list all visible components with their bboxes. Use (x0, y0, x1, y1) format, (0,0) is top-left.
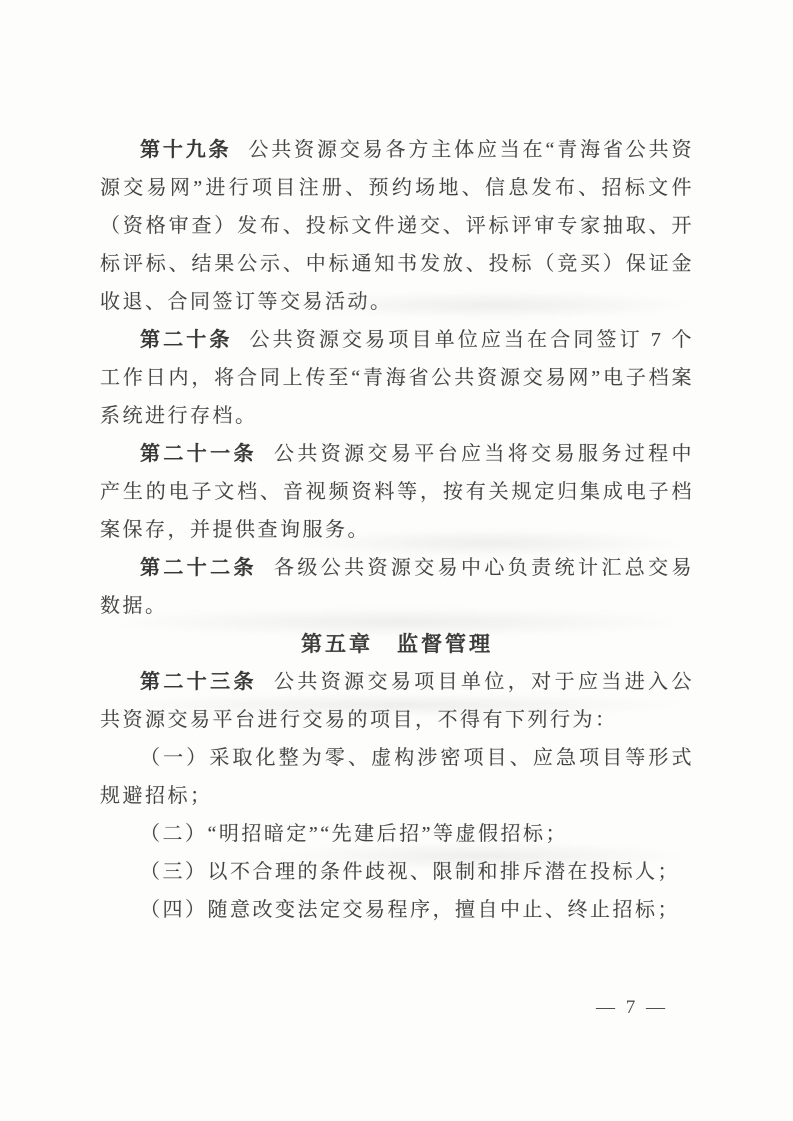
chapter-heading: 第五章 监督管理 (100, 625, 694, 663)
article-19-text: 公共资源交易各方主体应当在“青海省公共资源交易网”进行项目注册、预约场地、信息发… (100, 139, 694, 313)
document-body: 第十九条公共资源交易各方主体应当在“青海省公共资源交易网”进行项目注册、预约场地… (100, 131, 694, 929)
article-20: 第二十条公共资源交易项目单位应当在合同签订 7 个工作日内，将合同上传至“青海省… (100, 321, 694, 435)
document-page: 第十九条公共资源交易各方主体应当在“青海省公共资源交易网”进行项目注册、预约场地… (0, 0, 793, 1121)
list-item-4: （四）随意改变法定交易程序，擅自中止、终止招标； (100, 891, 694, 929)
article-23: 第二十三条公共资源交易项目单位，对于应当进入公共资源交易平台进行交易的项目，不得… (100, 663, 694, 739)
article-19-number: 第十九条 (140, 139, 231, 161)
article-20-number: 第二十条 (140, 329, 233, 351)
list-item-3: （三）以不合理的条件歧视、限制和排斥潜在投标人； (100, 853, 694, 891)
article-21: 第二十一条公共资源交易平台应当将交易服务过程中产生的电子文档、音视频资料等，按有… (100, 435, 694, 549)
list-item-2: （二）“明招暗定”“先建后招”等虚假招标； (100, 815, 694, 853)
article-22: 第二十二条各级公共资源交易中心负责统计汇总交易数据。 (100, 549, 694, 625)
article-23-number: 第二十三条 (140, 671, 257, 693)
article-19: 第十九条公共资源交易各方主体应当在“青海省公共资源交易网”进行项目注册、预约场地… (100, 131, 694, 321)
page-number: — 7 — (596, 997, 668, 1019)
article-22-number: 第二十二条 (140, 557, 257, 579)
list-item-1: （一）采取化整为零、虚构涉密项目、应急项目等形式规避招标； (100, 739, 694, 815)
article-21-number: 第二十一条 (140, 443, 257, 465)
